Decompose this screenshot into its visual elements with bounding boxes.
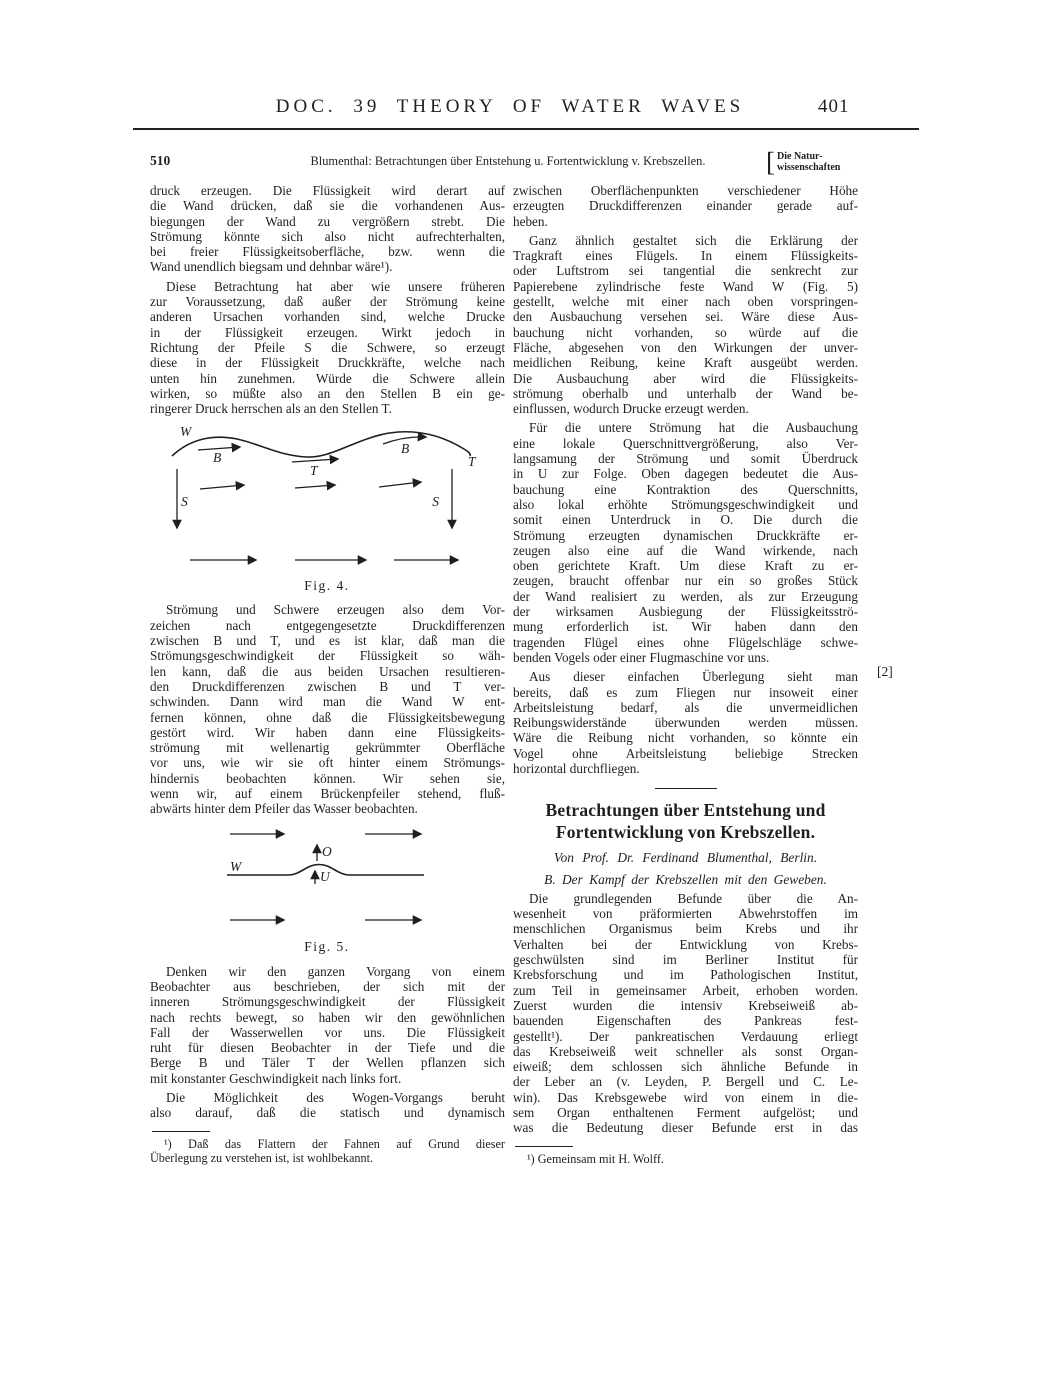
- text-line: zeugen also eine auf die Wand wirkende, …: [513, 543, 858, 558]
- text-line: Zuerst wurden die intensiv Krebseiweiß a…: [513, 998, 858, 1013]
- section-heading-line1: Betrachtungen über Entstehung und: [513, 799, 858, 821]
- journal-name-line1: Die Natur-: [777, 151, 840, 162]
- fig4-flow-arrow: [200, 485, 244, 489]
- paragraph: Für die untere Strömung hat die Ausbauch…: [513, 420, 858, 665]
- text-line: Diese Betrachtung hat aber wie unsere fr…: [150, 279, 505, 294]
- text-line: gestellt, welche mit einer nach oben vor…: [513, 294, 858, 309]
- text-line: Die Ausbauchung aber wird die Flüssigkei…: [513, 371, 858, 386]
- fig4-label-b1: B: [213, 450, 221, 465]
- text-line: zwischen B und T, und es ist klar, daß m…: [150, 633, 505, 648]
- text-line: zum Teil in gemeinsamer Arbeit, erhoben …: [513, 983, 858, 998]
- paragraph: Strömung und Schwere erzeugen also dem V…: [150, 602, 505, 816]
- paragraph: Ganz ähnlich gestaltet sich die Erklärun…: [513, 233, 858, 417]
- paragraph: Denken wir den ganzen Vorgang von einemB…: [150, 964, 505, 1086]
- text-line: Berge B und Täler T der Wellen pflanzen …: [150, 1055, 505, 1070]
- fig4-label-b2: B: [401, 441, 409, 456]
- text-line: der Wand realisiert zu werden, als zur E…: [513, 589, 858, 604]
- fig5-label-u: U: [320, 869, 331, 884]
- running-head-title: DOC. 39 THEORY OF WATER WAVES: [110, 96, 910, 118]
- header-rule: [133, 128, 919, 130]
- section-subheading: B. Der Kampf der Krebszellen mit den Gew…: [513, 872, 858, 887]
- text-line: wirken, so müßte also an den Stellen B e…: [150, 386, 505, 401]
- text-line: sem Organ enthaltenen Ferment aufgelöst;…: [513, 1105, 858, 1120]
- fig4-flow-arrow: [295, 485, 335, 488]
- text-line: die Wand drücken, daß sie die vorhandene…: [150, 198, 505, 213]
- section-divider: [655, 788, 717, 789]
- text-line: Die Möglichkeit des Wogen-Vorgangs beruh…: [150, 1090, 505, 1105]
- text-line: Strömung könnte sich also nicht aufrecht…: [150, 229, 505, 244]
- text-line: benden Vogels oder einer Flugmaschine vo…: [513, 650, 858, 665]
- text-line: Wand unendlich biegsam und dehnbar wäre¹…: [150, 259, 505, 274]
- footnote-rule: [515, 1146, 573, 1147]
- text-line: Beobachter aus beschrieben, der sich mit…: [150, 979, 505, 994]
- footnote: ¹) Gemeinsam mit H. Wolff.: [513, 1152, 858, 1167]
- paragraph-continuation: zwischen Oberflächenpunkten verschiedene…: [513, 183, 858, 229]
- text-line: bereits, daß es zum Fliegen nur insoweit…: [513, 685, 858, 700]
- text-line: somit einen Unterdruck in O. Die durch d…: [513, 512, 858, 527]
- text-line: Fläche, abgesehen von den Wirkungen der …: [513, 340, 858, 355]
- text-line: Überlegung zu verstehen ist, ist wohlbek…: [150, 1151, 505, 1166]
- text-line: strömung mit wellenartig gekrümmter Ober…: [150, 740, 505, 755]
- section-byline: Von Prof. Dr. Ferdinand Blumenthal, Berl…: [513, 850, 858, 865]
- text-line: len kann, daß die aus beiden Ursachen re…: [150, 664, 505, 679]
- text-line: zur Voraussetzung, daß außer der Strömun…: [150, 294, 505, 309]
- text-line: heben.: [513, 214, 858, 229]
- section-heading-line2: Fortentwicklung von Krebszellen.: [513, 821, 858, 843]
- text-line: das Krebseiweiß weit schneller als sonst…: [513, 1044, 858, 1059]
- fig4-label-t-right: T: [468, 454, 477, 469]
- journal-header: 510 Blumenthal: Betrachtungen über Entst…: [148, 150, 860, 180]
- text-line: Strömung und Schwere erzeugen also dem V…: [150, 602, 505, 617]
- fig4-label-t1: T: [310, 463, 319, 478]
- text-line: hindernis beobachten können. Wir sehen s…: [150, 771, 505, 786]
- text-line: bauchung nicht vorhanden, so würde auf d…: [513, 325, 858, 340]
- fig5-label-o: O: [322, 844, 332, 859]
- text-line: Papierebene zylindrische feste Wand W (F…: [513, 279, 858, 294]
- text-line: Arbeitsleistung bedarf, als die unvermei…: [513, 700, 858, 715]
- text-line: schwinden. Dann wird man die Wand W ent-: [150, 694, 505, 709]
- fig5-caption: Fig. 5.: [304, 939, 349, 954]
- text-line: zeugen, braucht offenbar nur ein so groß…: [513, 573, 858, 588]
- text-line: den Druckdifferenzen zwischen B und T ve…: [150, 679, 505, 694]
- fig5-bump-diagram: W O U Fig. 5.: [150, 825, 505, 958]
- paragraph-continuation: druck erzeugen. Die Flüssigkeit wird der…: [150, 183, 505, 275]
- journal-name-line2: wissenschaften: [777, 162, 840, 173]
- text-line: ringerer Druck herrschen als an den Stel…: [150, 401, 505, 416]
- text-line: Strömung erzeugten dynamischen Druckkräf…: [513, 528, 858, 543]
- left-column: druck erzeugen. Die Flüssigkeit wird der…: [150, 183, 505, 1166]
- text-line: Verhalten bei der Entwicklung von Krebs-: [513, 937, 858, 952]
- right-column: zwischen Oberflächenpunkten verschiedene…: [513, 183, 858, 1166]
- text-line: einflussen, wodurch Drucke erzeugt werde…: [513, 401, 858, 416]
- fig4-label-w: W: [180, 424, 193, 439]
- paragraph-continues-next-page: Die Möglichkeit des Wogen-Vorgangs beruh…: [150, 1090, 505, 1121]
- text-line: also darauf, daß die statisch und dynami…: [150, 1105, 505, 1120]
- text-line: erzeugten Druckdifferenzen einander gera…: [513, 198, 858, 213]
- text-line: Für die untere Strömung hat die Ausbauch…: [513, 420, 858, 435]
- text-line: gestellt¹). Der pankreatischen Verdauung…: [513, 1029, 858, 1044]
- text-line: win). Das Krebsgewebe wird von einem in …: [513, 1090, 858, 1105]
- text-line: was die Bedeutung dieser Befunde erst in…: [513, 1120, 858, 1135]
- paragraph-continues-next-page: Die grundlegenden Befunde über die An-we…: [513, 891, 858, 1136]
- footnote-rule: [152, 1131, 210, 1132]
- running-head-page-number: 401: [818, 96, 850, 118]
- text-line: diese in der Flüssigkeit Druckkräfte, we…: [150, 355, 505, 370]
- text-line: in der Flüssigkeit erzeugen. Wirkt jedoc…: [150, 325, 505, 340]
- text-line: vor uns, wie wir sie oft hinter einem St…: [150, 755, 505, 770]
- text-line: Wäre die Reibung nicht vorhanden, so kön…: [513, 730, 858, 745]
- text-line: mung erforderlich ist. Wir haben dann de…: [513, 619, 858, 634]
- text-line: der wirksamen Ausbiegung der Flüssigkeit…: [513, 604, 858, 619]
- text-line: Strömungsgeschwindigkeit der Flüssigkeit…: [150, 648, 505, 663]
- text-line: bei freier Flüssigkeitsoberfläche, bzw. …: [150, 244, 505, 259]
- text-line: wesenheit von präformierten Abwehrstoffe…: [513, 906, 858, 921]
- text-line: ¹) Daß das Flattern der Fahnen auf Grund…: [150, 1137, 505, 1152]
- text-line: fernen können, ohne daß die Flüssigkeits…: [150, 710, 505, 725]
- text-line: Denken wir den ganzen Vorgang von einem: [150, 964, 505, 979]
- text-line: Aus dieser einfachen Überlegung sieht ma…: [513, 669, 858, 684]
- figure-5: W O U Fig. 5.: [150, 825, 505, 958]
- text-line: Ganz ähnlich gestaltet sich die Erklärun…: [513, 233, 858, 248]
- text-line: nach rechts bewegt, so haben wir den gew…: [150, 1010, 505, 1025]
- margin-note: [2]: [877, 664, 893, 680]
- footnote: ¹) Daß das Flattern der Fahnen auf Grund…: [150, 1137, 505, 1166]
- text-line: inneren Strömungsgeschwindigkeit der Flü…: [150, 994, 505, 1009]
- scanned-document-page: DOC. 39 THEORY OF WATER WAVES 401 510 Bl…: [0, 0, 1054, 1394]
- text-line: geschwülsten sind im Berliner Institut f…: [513, 952, 858, 967]
- text-line: druck erzeugen. Die Flüssigkeit wird der…: [150, 183, 505, 198]
- text-line: strömung oberhalb und unterhalb der Wand…: [513, 386, 858, 401]
- text-line: zwischen Oberflächenpunkten verschiedene…: [513, 183, 858, 198]
- journal-name-block: [ Die Natur- wissenschaften: [766, 150, 840, 174]
- text-line: bauenden Eigenschaften des Pankreas fest…: [513, 1013, 858, 1028]
- text-line: Fall der Wasserwellen vor uns. Die Flüss…: [150, 1025, 505, 1040]
- text-line: Reibungswiderstände überwunden werden mü…: [513, 715, 858, 730]
- fig5-label-w: W: [230, 859, 243, 874]
- text-line: eine lokale Querschnittvergrößerung, als…: [513, 436, 858, 451]
- paragraph: Diese Betrachtung hat aber wie unsere fr…: [150, 279, 505, 417]
- text-line: ¹) Gemeinsam mit H. Wolff.: [513, 1152, 858, 1167]
- text-line: mit konstanter Geschwindigkeit nach link…: [150, 1071, 505, 1086]
- text-line: bauchung eine Kontraktion des Querschnit…: [513, 482, 858, 497]
- text-line: Krebsforschung und im Pathologischen Ins…: [513, 967, 858, 982]
- journal-bracket: [: [766, 150, 775, 174]
- text-line: also lokal erhöhte Strömungsgeschwindigk…: [513, 497, 858, 512]
- journal-page-number: 510: [150, 153, 170, 169]
- text-line: der Leber an (v. Leyden, P. Bergell und …: [513, 1074, 858, 1089]
- text-line: menschlichen Organismus beim Krebs und i…: [513, 921, 858, 936]
- text-line: Vogel ohne Arbeitsleistung beliebige Str…: [513, 746, 858, 761]
- text-line: zeichen nach entgegengesetzte Druckdiffe…: [150, 618, 505, 633]
- text-line: oben gerichtete Kraft. Um diese Kraft zu…: [513, 558, 858, 573]
- journal-running-title: Blumenthal: Betrachtungen über Entstehun…: [208, 154, 808, 169]
- fig4-label-s-right: S: [432, 494, 439, 509]
- text-line: horizontal durchfliegen.: [513, 761, 858, 776]
- text-line: gestört wird. Wir haben dann eine Flüssi…: [150, 725, 505, 740]
- text-line: ruht für diesen Beobachter in der Tiefe …: [150, 1040, 505, 1055]
- fig4-label-s-left: S: [181, 494, 188, 509]
- text-line: tragenden Flügel eines ohne Flügelschläg…: [513, 635, 858, 650]
- text-line: Die grundlegenden Befunde über die An-: [513, 891, 858, 906]
- text-line: unten hin zunehmen. Würde die Schwere al…: [150, 371, 505, 386]
- text-line: langsamung der Strömung und somit Überdr…: [513, 451, 858, 466]
- text-line: anderen Ursachen vorhanden sind, welche …: [150, 309, 505, 324]
- text-line: in U zur Folge. Oben dagegen bedeutet di…: [513, 466, 858, 481]
- fig4-flow-arrow: [379, 482, 421, 487]
- text-line: oder Luftstrom sei tangential die senkre…: [513, 263, 858, 278]
- paragraph: Aus dieser einfachen Überlegung sieht ma…: [513, 669, 858, 776]
- section-heading: Betrachtungen über Entstehung und Forten…: [513, 799, 858, 843]
- journal-name: Die Natur- wissenschaften: [777, 151, 840, 173]
- text-line: den Ausbauchung versehen sei. Wäre diese…: [513, 309, 858, 324]
- text-line: abwärts hinter dem Pfeiler das Wasser be…: [150, 801, 505, 816]
- fig4-caption: Fig. 4.: [304, 578, 349, 593]
- text-line: eiweiß; dem schlossen sich ähnliche Befu…: [513, 1059, 858, 1074]
- figure-4: W T B T B S S: [150, 424, 505, 596]
- fig4-wave-diagram: W T B T B S S: [150, 424, 505, 596]
- text-line: Richtung der Pfeile S die Schwere, so er…: [150, 340, 505, 355]
- fig4-arrow-t1: [292, 459, 338, 462]
- text-line: biegungen der Wand zu vergrößern strebt.…: [150, 214, 505, 229]
- text-line: meidlichen Reibung, keine Kraft ausgeübt…: [513, 355, 858, 370]
- text-line: Tragkraft eines Flügels. In einem Flüssi…: [513, 248, 858, 263]
- text-line: wenn wir, auf einem Brückenpfeiler stehe…: [150, 786, 505, 801]
